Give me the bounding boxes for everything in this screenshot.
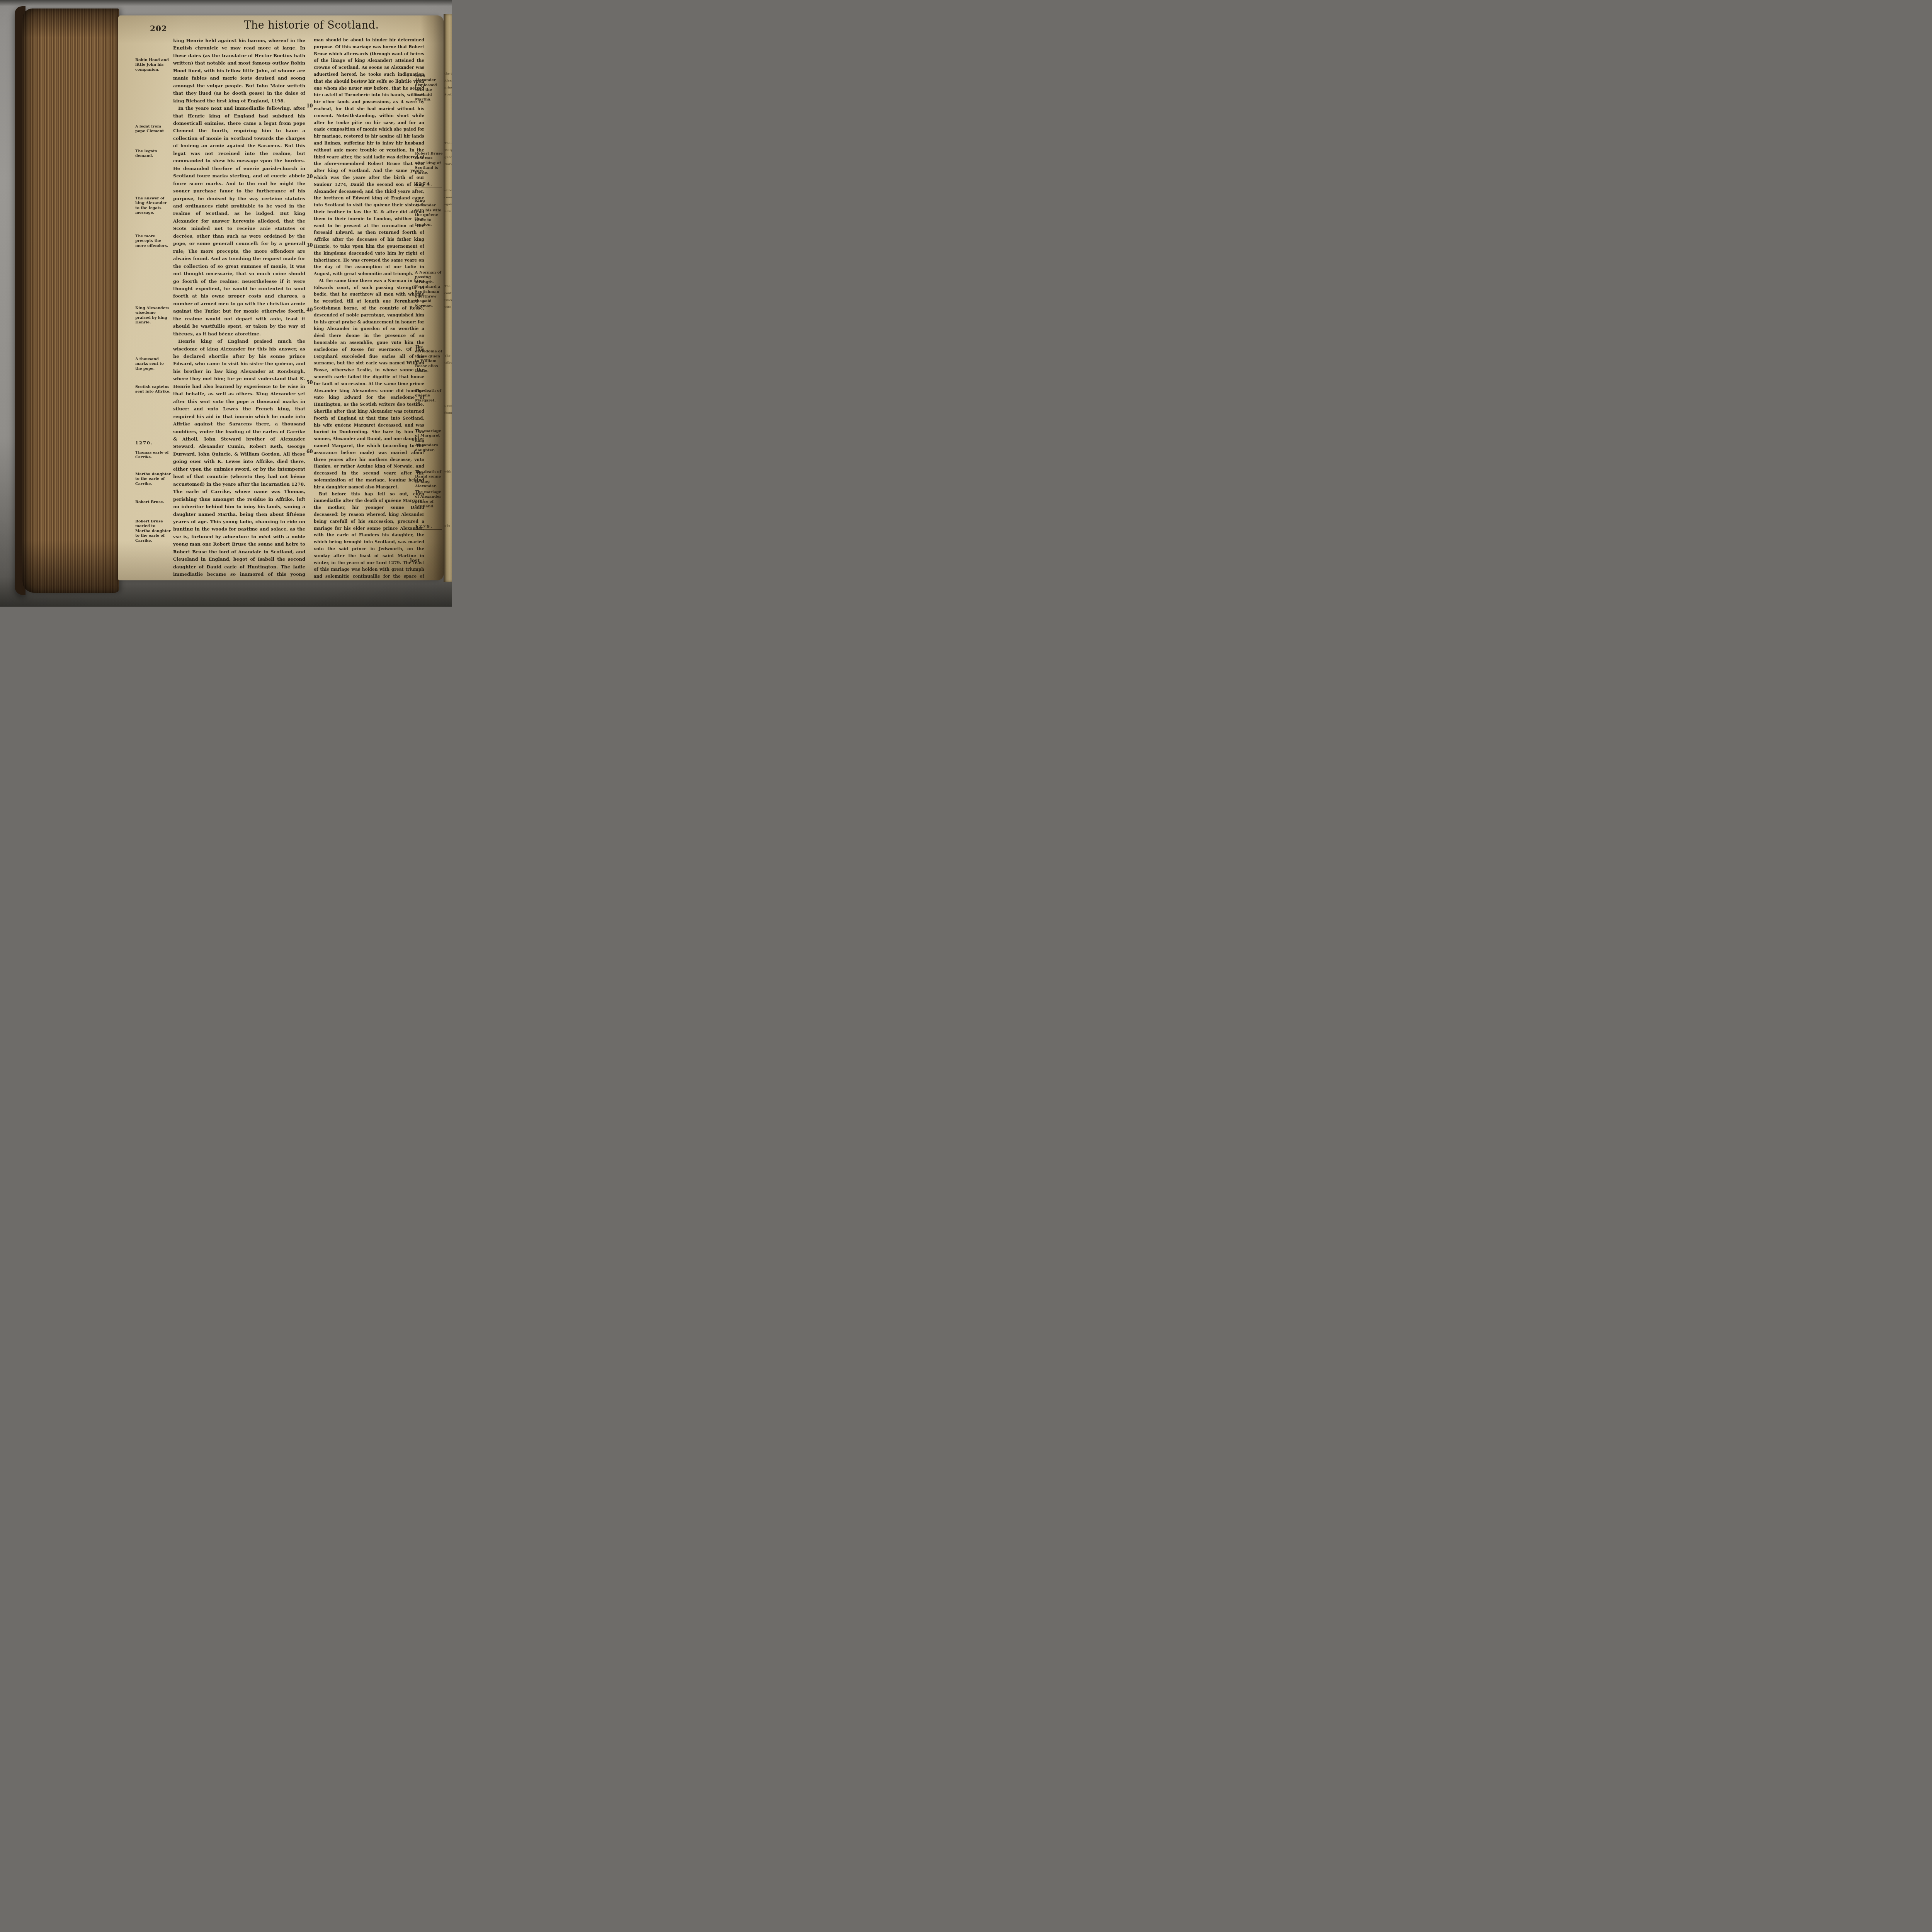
gutter-line-number: 40 — [306, 307, 313, 313]
catchword: lost — [366, 558, 420, 563]
opposite-page-fragment: the death — [444, 72, 452, 75]
paragraph: man should be about to hinder hir determ… — [314, 37, 424, 278]
margin-note-year: 1279. — [415, 524, 442, 530]
margin-note: King Alexander with his wife the quéene … — [415, 199, 443, 227]
gutter-line-number: 30 — [306, 243, 313, 248]
gutter-line-number: 60 — [306, 449, 313, 454]
opposite-page-fragment: contrarie to — [444, 291, 452, 295]
margin-note: King Alexander displeased with the fores… — [415, 73, 443, 102]
opposite-page-fragment: Margaret — [444, 148, 452, 152]
margin-note: Robin Hood and little John his companion… — [135, 58, 172, 72]
opposite-page-fragment: of friers — [444, 189, 452, 192]
opposite-page-fragment: The Scot- — [444, 354, 452, 357]
margin-note: The death of Dauid sonne to king Alexand… — [415, 470, 443, 489]
opposite-page-fragment: new orders — [444, 209, 452, 213]
paragraph: Henrie king of England praised much the … — [173, 338, 305, 579]
paragraph: In the yeare next and immediatlie follow… — [173, 105, 305, 338]
opposite-page-fragment: with wri- — [444, 470, 452, 473]
margin-note: The answer of king Alexander to the lega… — [135, 196, 172, 216]
gutter-line-number: 10 — [306, 103, 313, 109]
opposite-page-fragment: Southwell — [444, 404, 452, 408]
opposite-page-fragment: against diui- — [444, 202, 452, 206]
opposite-page-fragment: commanded — [444, 196, 452, 199]
book-page: 202 The historie of Scotland. king Henri… — [118, 15, 444, 580]
margin-note: The mariage of Margaret king Alexanders … — [415, 429, 443, 453]
gutter-line-number: 20 — [306, 174, 313, 179]
book-fore-edge-pages — [22, 9, 119, 593]
margin-note: Thomas earle of Carrike. — [135, 451, 172, 460]
margin-note: A Norman of passing strength. Ferquhard … — [415, 270, 443, 309]
margin-note: King Alexanders wisedome praised by king… — [135, 306, 172, 325]
photograph-background: 202 The historie of Scotland. king Henri… — [0, 0, 452, 607]
margin-note: The mariage of Alexander prince of Scotl… — [415, 490, 443, 509]
opposite-page-fragment: Alexander — [444, 79, 452, 82]
folio-number: 202 — [150, 24, 167, 33]
margin-note: Robert Bruse. — [135, 500, 172, 505]
paragraph: But before this hap fell so out, euen im… — [314, 491, 424, 579]
margin-note: The legats demand. — [135, 149, 172, 159]
margin-note: A thousand marks sent to the pope. — [135, 357, 172, 371]
margin-note: Scotish capteins sent into Affrike. — [135, 385, 172, 395]
margin-note: The death of quéene Margaret. — [415, 389, 443, 403]
opposite-page-fragment: truce in- — [444, 298, 452, 302]
opposite-page-fragment: Scotland. — [444, 93, 452, 96]
opposite-page-fragment: Norwaie. — [444, 162, 452, 166]
running-title: The historie of Scotland. — [234, 19, 389, 31]
margin-note: Robert Bruse that was after king of Scot… — [415, 151, 443, 175]
opposite-page-fragment: prince of — [444, 86, 452, 89]
opposite-page-fragment: from the — [444, 411, 452, 415]
opposite-page-sliver: the deathAlexanderprince ofScotland.The … — [444, 14, 452, 582]
opposite-page-fragment: The death — [444, 141, 452, 145]
paragraph: At the same time there was a Norman in k… — [314, 278, 424, 491]
opposite-page-fragment: Sée — [444, 524, 452, 527]
opposite-page-fragment: The Soldan — [444, 284, 452, 288]
paragraph: king Henrie held against his barons, whe… — [173, 37, 305, 105]
opposite-page-fragment: tribute — [444, 361, 452, 364]
column-right: man should be about to hinder hir determ… — [314, 37, 424, 579]
margin-note: The earledome of Rosse giuen to William … — [415, 345, 443, 373]
column-left: king Henrie held against his barons, whe… — [173, 37, 305, 579]
margin-note: Martha daughter to the earle of Carrike. — [135, 472, 172, 486]
margin-note: A legat from pope Clement — [135, 124, 172, 134]
gutter-line-number: 50 — [306, 380, 313, 385]
opposite-page-fragment: with the — [444, 305, 452, 309]
margin-note: Robert Bruse maried to Martha daughter t… — [135, 519, 172, 543]
margin-note-year: 1270. — [135, 440, 162, 446]
margin-note-year: 1274. — [415, 182, 442, 187]
opposite-page-fragment: quéene of — [444, 155, 452, 159]
margin-note: The more precepts the more offendors. — [135, 234, 172, 248]
